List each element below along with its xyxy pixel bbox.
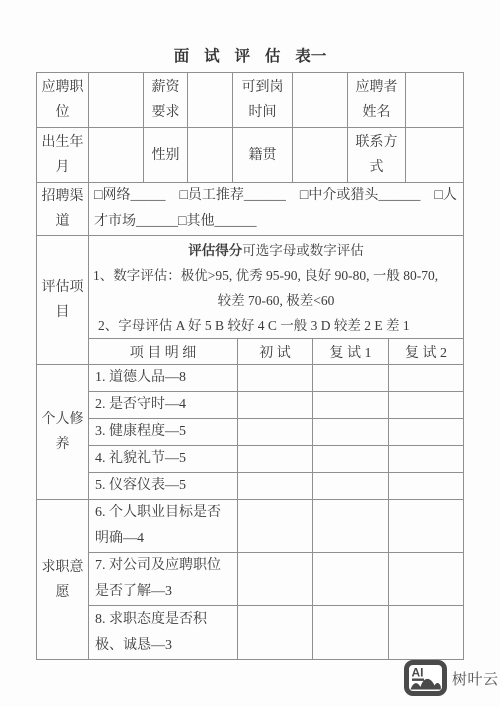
document-page: 面 试 评 估 表一 应聘职 位 薪资 要求 可到岗 时间 应聘者 姓名 出生年… (0, 0, 500, 707)
page-title: 面 试 评 估 表一 (0, 44, 500, 66)
score-cell-retest1 (313, 553, 389, 606)
score-cell-retest1 (313, 473, 389, 500)
score-cell-first-interview (238, 446, 313, 473)
item-courtesy: 4. 礼貌礼节—5 (89, 446, 238, 473)
gender-label: 性别 (144, 128, 188, 183)
gender-value-cell (188, 128, 233, 183)
salary-label: 薪资 要求 (144, 73, 188, 128)
item-detail-header: 项 目 明 细 (89, 339, 238, 365)
score-cell-retest1 (313, 500, 389, 553)
ai-logo-text: AI (412, 666, 424, 680)
score-cell-retest2 (389, 446, 464, 473)
evaluation-table: 评估项 目 评估得分可选字母或数字评估 1、数字评估：极优>95, 优秀 95-… (36, 235, 464, 660)
start-time-label: 可到岗 时间 (233, 73, 293, 128)
start-time-value-cell (293, 73, 348, 128)
contact-value-cell (406, 128, 464, 183)
recruit-channel-options: □网络_____ □员工推荐______ □中介或猎头______ □人 才市场… (89, 183, 464, 236)
ai-logo-underline (412, 679, 424, 681)
recruit-channel-label: 招聘渠 道 (37, 183, 89, 236)
scoring-title-bold: 评估得分 (188, 243, 242, 258)
salary-value-cell (188, 73, 233, 128)
score-cell-retest1 (313, 606, 389, 660)
score-cell-retest1 (313, 419, 389, 446)
retest2-header: 复 试 2 (389, 339, 464, 365)
item-company-knowledge: 7. 对公司及应聘职位 是否了解—3 (89, 553, 238, 606)
score-cell-retest2 (389, 553, 464, 606)
item-attitude: 8. 求职态度是否积 极、诚恳—3 (89, 606, 238, 660)
score-cell-first-interview (238, 365, 313, 392)
evaluation-items-label: 评估项 目 (37, 236, 89, 365)
score-cell-retest2 (389, 365, 464, 392)
item-health: 3. 健康程度—5 (89, 419, 238, 446)
scoring-title-line: 评估得分可选字母或数字评估 (89, 238, 463, 263)
native-place-label: 籍贯 (233, 128, 293, 183)
personal-cultivation-label: 个人修 养 (37, 365, 89, 500)
item-appearance: 5. 仪容仪表—5 (89, 473, 238, 500)
position-value-cell (89, 73, 144, 128)
numeric-scale-line-2: 较差 70-60, 极差<60 (89, 288, 463, 313)
job-intention-label: 求职意 愿 (37, 500, 89, 660)
applicant-name-value-cell (406, 73, 464, 128)
applicant-name-label: 应聘者 姓名 (348, 73, 406, 128)
native-place-value-cell (293, 128, 348, 183)
item-moral-character: 1. 道德人品—8 (89, 365, 238, 392)
watermark-brand: 树叶云 (452, 668, 499, 689)
score-cell-first-interview (238, 553, 313, 606)
score-cell-retest1 (313, 446, 389, 473)
applicant-info-table: 应聘职 位 薪资 要求 可到岗 时间 应聘者 姓名 出生年 月 性别 籍贯 联系… (36, 72, 464, 236)
ai-image-logo-icon: AI (404, 660, 447, 696)
score-cell-first-interview (238, 419, 313, 446)
birth-date-label: 出生年 月 (37, 128, 89, 183)
score-cell-first-interview (238, 606, 313, 660)
letter-scale-line: 2、字母评估 A 好 5 B 较好 4 C 一般 3 D 较差 2 E 差 1 (89, 313, 463, 338)
birth-date-value-cell (89, 128, 144, 183)
form-table-area: 应聘职 位 薪资 要求 可到岗 时间 应聘者 姓名 出生年 月 性别 籍贯 联系… (36, 72, 464, 660)
item-punctuality: 2. 是否守时—4 (89, 392, 238, 419)
score-cell-retest2 (389, 419, 464, 446)
scoring-instructions-cell: 评估得分可选字母或数字评估 1、数字评估：极优>95, 优秀 95-90, 良好… (89, 236, 464, 339)
retest1-header: 复 试 1 (313, 339, 389, 365)
scoring-title-rest: 可选字母或数字评估 (242, 243, 364, 258)
contact-label: 联系方 式 (348, 128, 406, 183)
score-cell-retest2 (389, 392, 464, 419)
score-cell-retest2 (389, 500, 464, 553)
score-cell-first-interview (238, 473, 313, 500)
score-cell-retest2 (389, 473, 464, 500)
position-label: 应聘职 位 (37, 73, 89, 128)
score-cell-retest2 (389, 606, 464, 660)
item-career-goal: 6. 个人职业目标是否 明确—4 (89, 500, 238, 553)
first-interview-header: 初 试 (238, 339, 313, 365)
numeric-scale-line: 1、数字评估：极优>95, 优秀 95-90, 良好 90-80, 一般 80-… (89, 263, 463, 288)
score-cell-first-interview (238, 392, 313, 419)
score-cell-retest1 (313, 365, 389, 392)
score-cell-retest1 (313, 392, 389, 419)
score-cell-first-interview (238, 500, 313, 553)
watermark-logo: AI 树叶云 (404, 660, 499, 696)
